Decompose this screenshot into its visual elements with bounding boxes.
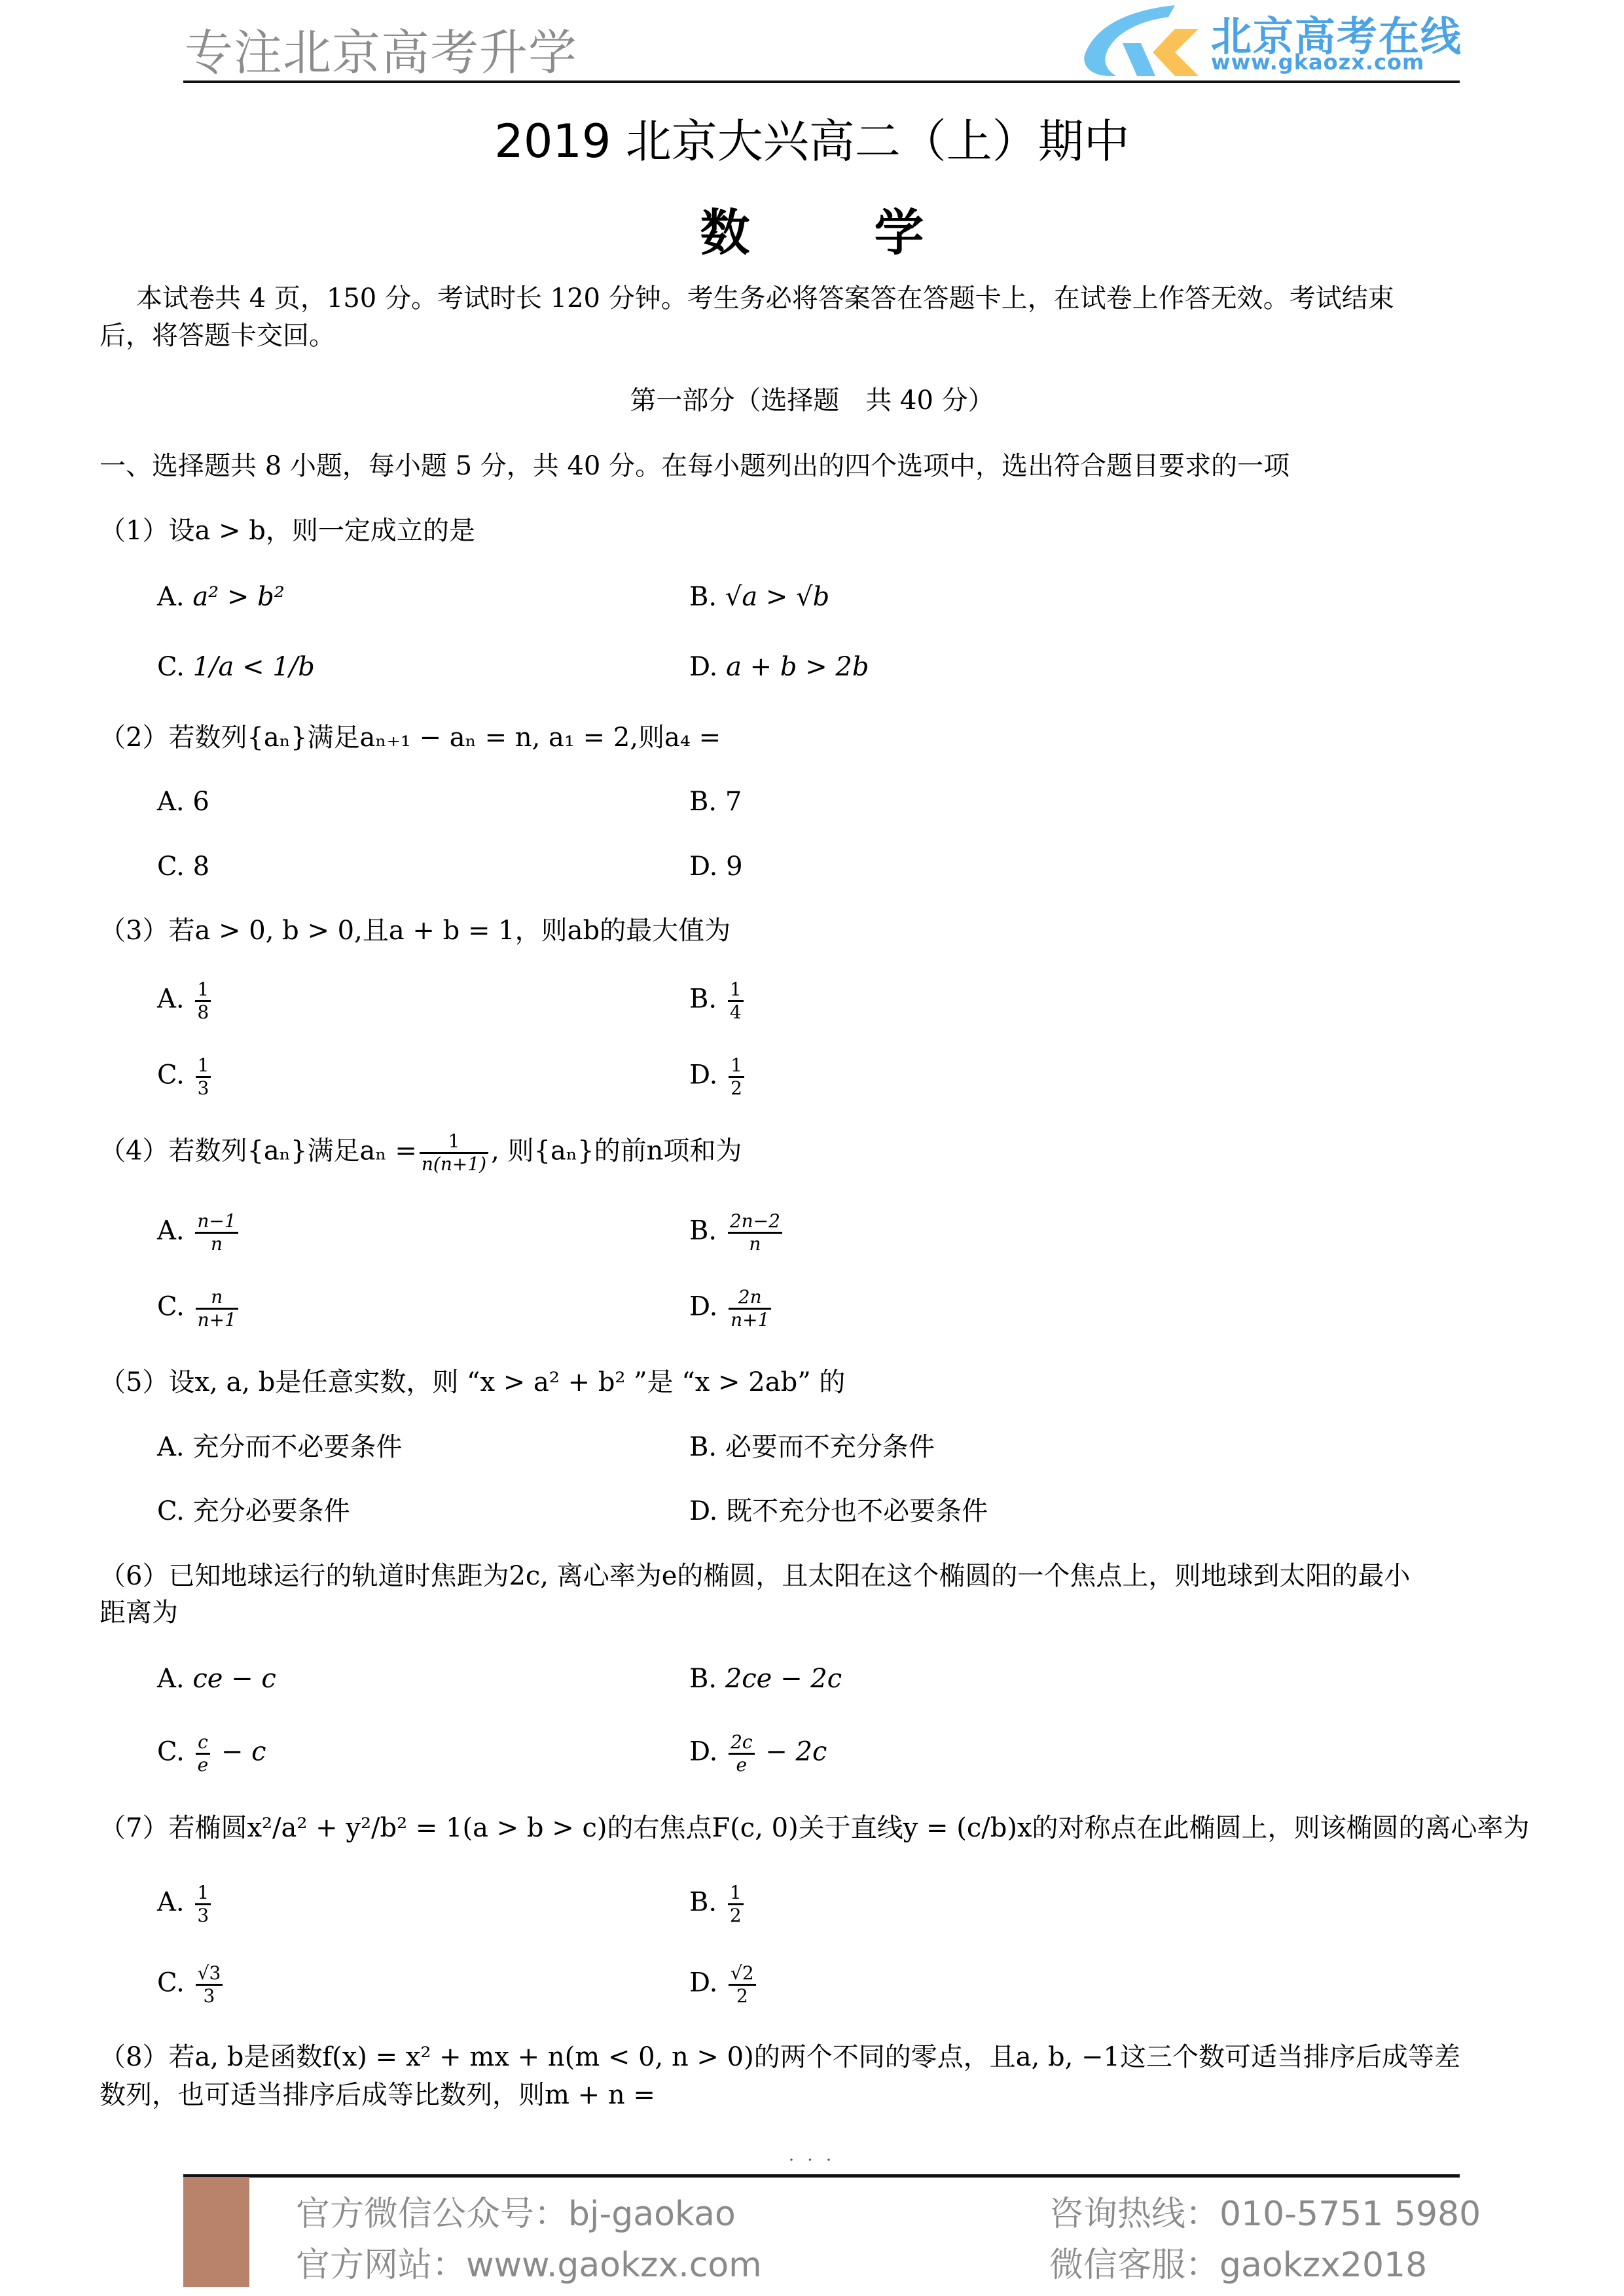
q7-option-c[interactable]: C. √33	[157, 1963, 225, 2007]
subject-char-2: 学	[875, 193, 924, 264]
question-4: （4）若数列{aₙ}满足aₙ =1n(n+1), 则{aₙ}的前n项和为	[99, 1131, 742, 1175]
header-slogan: 专注北京高考升学	[185, 14, 577, 84]
q6-option-b[interactable]: B. 2ce − 2c	[689, 1662, 842, 1696]
question-stem-line-1: 已知地球运行的轨道时焦距为2c, 离心率为e的椭圆，且太阳在这个椭圆的一个焦点上…	[168, 1561, 1410, 1591]
q1-option-a[interactable]: A. a² > b²	[157, 580, 285, 614]
q3-option-a[interactable]: A. 18	[157, 979, 213, 1023]
question-1: （1）设a > b，则一定成立的是	[99, 514, 475, 548]
footer-wechat-official: 官方微信公众号：bj-gaokao	[296, 2186, 736, 2235]
subject-title: 数学	[0, 193, 1624, 264]
question-stem-line-1: 若a, b是函数f(x) = x² + mx + n(m < 0, n > 0)…	[168, 2042, 1460, 2072]
page-title: 2019 北京大兴高二（上）期中	[0, 105, 1624, 171]
q1-option-d[interactable]: D. a + b > 2b	[689, 650, 869, 684]
gk-logo-icon	[1077, 3, 1208, 79]
q6-option-a[interactable]: A. ce − c	[157, 1662, 276, 1696]
header-divider	[183, 81, 1460, 83]
q4-option-d[interactable]: D. 2nn+1	[689, 1287, 774, 1331]
question-8-line-2: 数列，也可适当排序后成等比数列，则m + n =	[99, 2078, 655, 2112]
intro-line-1: 本试卷共 4 页，150 分。考试时长 120 分钟。考生务必将答案答在答题卡上…	[136, 281, 1394, 315]
q5-option-d[interactable]: D. 既不充分也不必要条件	[689, 1494, 988, 1528]
question-number: （5）	[99, 1367, 168, 1397]
question-stem: 若a > 0, b > 0,且a + b = 1，则ab的最大值为	[168, 916, 731, 946]
question-number: （2）	[99, 723, 168, 753]
footer-divider	[183, 2174, 1460, 2178]
question-stem: 设x, a, b是任意实数，则 “x > a² + b² ”是 “x > 2ab…	[168, 1367, 845, 1397]
q7-option-b[interactable]: B. 12	[689, 1882, 746, 1926]
question-3: （3）若a > 0, b > 0,且a + b = 1，则ab的最大值为	[99, 914, 731, 948]
question-number: （6）	[99, 1561, 168, 1591]
section-title: 第一部分（选择题 共 40 分）	[0, 384, 1624, 418]
footer-hotline: 咨询热线：010-5751 5980	[1049, 2186, 1481, 2235]
q7-option-a[interactable]: A. 13	[157, 1882, 213, 1926]
logo-url[interactable]: www.gkaozx.com	[1211, 50, 1424, 75]
q5-option-a[interactable]: A. 充分而不必要条件	[157, 1430, 402, 1464]
question-2: （2）若数列{aₙ}满足aₙ₊₁ − aₙ = n, a₁ = 2,则a₄ =	[99, 721, 721, 755]
q4-option-c[interactable]: C. nn+1	[157, 1287, 241, 1331]
question-6-line-2: 距离为	[99, 1596, 178, 1630]
question-stem: 若椭圆x²/a² + y²/b² = 1(a > b > c)的右焦点F(c, …	[168, 1813, 1529, 1843]
question-number: （7）	[99, 1813, 168, 1843]
question-number: （8）	[99, 2042, 168, 2072]
question-number: （4）	[99, 1136, 168, 1166]
intro-line-2: 后，将答题卡交回。	[99, 319, 335, 353]
question-8: （8）若a, b是函数f(x) = x² + mx + n(m < 0, n >…	[99, 2040, 1460, 2074]
q3-option-d[interactable]: D. 12	[689, 1055, 747, 1099]
q1-option-c[interactable]: C. 1/a < 1/b	[157, 650, 315, 684]
question-5: （5）设x, a, b是任意实数，则 “x > a² + b² ”是 “x > …	[99, 1365, 845, 1399]
footer-website[interactable]: 官方网站：www.gaokzx.com	[296, 2237, 762, 2286]
q2-option-a[interactable]: A. 6	[157, 785, 209, 819]
question-stem: 设a > b，则一定成立的是	[168, 516, 475, 546]
q4-option-a[interactable]: A. n−1n	[157, 1211, 241, 1255]
site-logo[interactable]: 北京高考在线 www.gkaozx.com	[1077, 3, 1470, 79]
question-number: （1）	[99, 516, 168, 546]
question-7: （7）若椭圆x²/a² + y²/b² = 1(a > b > c)的右焦点F(…	[99, 1811, 1530, 1845]
question-number: （3）	[99, 916, 168, 946]
q1-option-b[interactable]: B. √a > √b	[689, 580, 829, 614]
q2-option-c[interactable]: C. 8	[157, 850, 209, 884]
q3-option-c[interactable]: C. 13	[157, 1055, 213, 1099]
section-instruction: 一、选择题共 8 小题，每小题 5 分，共 40 分。在每小题列出的四个选项中，…	[99, 449, 1290, 483]
subject-char-1: 数	[700, 193, 750, 264]
q4-option-b[interactable]: B. 2n−2n	[689, 1211, 785, 1255]
q2-option-b[interactable]: B. 7	[689, 785, 742, 819]
question-6: （6）已知地球运行的轨道时焦距为2c, 离心率为e的椭圆，且太阳在这个椭圆的一个…	[99, 1559, 1410, 1593]
q7-option-d[interactable]: D. √22	[689, 1963, 759, 2007]
page-marker: · · ·	[0, 2151, 1624, 2170]
footer-wechat-service: 微信客服：gaokzx2018	[1049, 2237, 1427, 2286]
q5-option-b[interactable]: B. 必要而不充分条件	[689, 1430, 935, 1464]
q6-option-c[interactable]: C. ce − c	[157, 1732, 266, 1776]
footer-accent-bar	[183, 2177, 249, 2287]
q3-option-b[interactable]: B. 14	[689, 979, 746, 1023]
q2-option-d[interactable]: D. 9	[689, 850, 743, 884]
q6-option-d[interactable]: D. 2ce − 2c	[689, 1732, 827, 1776]
q5-option-c[interactable]: C. 充分必要条件	[157, 1494, 350, 1528]
question-stem: 若数列{aₙ}满足aₙ₊₁ − aₙ = n, a₁ = 2,则a₄ =	[168, 723, 721, 753]
